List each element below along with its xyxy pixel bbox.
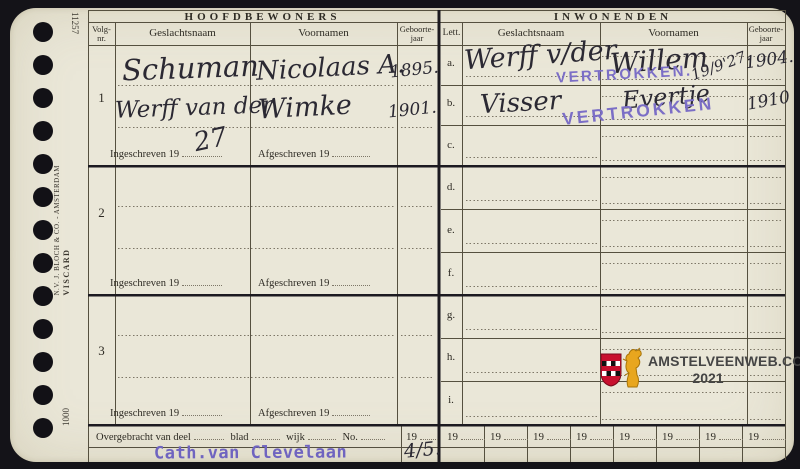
lion-icon [620,347,646,389]
year-cell: 19 [619,430,657,443]
year-cell: 19 [490,430,528,443]
dotted-blank [633,430,657,440]
year-prefix: 19 [619,431,630,443]
row-letter: f. [441,267,461,279]
dotted-blank [182,406,222,416]
row-letter: b. [441,97,461,109]
column-header-text: jaar [411,34,424,43]
dotted-blank [308,430,336,440]
label-text: wijk [286,432,305,443]
ingeschreven-label: Ingeschreven 19 [110,406,222,419]
row-letter: c. [441,139,461,151]
column-header-text: Geslachtsnaam [498,28,565,40]
column-header-geboortejaar-left: Geboorte- jaar [397,23,437,44]
afgeschreven-label: Afgeschreven 19 [258,147,370,160]
label-text: blad [230,432,248,443]
year-prefix: 19 [748,431,759,443]
handwritten-birthyear: 1901. [387,100,437,122]
row-letter: d. [441,181,461,193]
ingeschreven-label: Ingeschreven 19 [110,276,222,289]
row-number: 2 [88,205,115,221]
year-prefix: 19 [576,431,587,443]
year-prefix: 19 [662,431,673,443]
column-header-text: Lett. [443,29,461,39]
dotted-blank [361,430,385,440]
ingeschreven-label: Ingeschreven 19 [110,147,222,160]
street-name-stamp: Cath.van Clevelaan [154,444,347,462]
dotted-blank [182,147,222,157]
year-cell: 19 [447,430,485,443]
column-header-text: Voornamen [648,28,699,40]
dotted-blank [676,430,700,440]
year-cell: 19 [533,430,571,443]
row-letter: a. [441,57,461,69]
column-header-geslachtsnaam-left: Geslachtsnaam [115,23,250,44]
row-letter: h. [441,351,461,363]
overgebracht-line: Overgebracht van deel blad wijk No. [96,430,385,443]
watermark: AMSTELVEENWEB.COM 2021 [598,349,788,393]
dotted-blank [252,430,280,440]
row-letter: i. [441,394,461,406]
label-text: Ingeschreven 19 [110,278,179,289]
row-number: 3 [88,343,115,359]
column-header-text: Geslachtsnaam [149,28,216,40]
amstelveen-coat-of-arms-icon [600,353,622,387]
dotted-blank [719,430,743,440]
year-prefix: 19 [705,431,716,443]
label-text: No. [342,432,357,443]
dotted-blank [590,430,614,440]
column-header-lett: Lett. [441,23,462,44]
handwritten-firstname: Wimke [257,92,352,124]
column-header-volgnr: Volg- nr. [88,23,115,44]
label-text: Afgeschreven 19 [258,408,329,419]
column-header-voornamen-right: Voornamen [600,23,747,44]
scanned-register-card-page: 11257 N.V. J. BLOCH & CO. - AMSTERDAM VI… [0,0,800,469]
year-cell: 19 [748,430,786,443]
dotted-blank [182,276,222,286]
dotted-blank [547,430,571,440]
afgeschreven-label: Afgeschreven 19 [258,406,370,419]
year-prefix: 19 [447,431,458,443]
column-header-text: Voornamen [298,28,349,40]
label-text: Afgeschreven 19 [258,278,329,289]
row-letter: g. [441,309,461,321]
handwritten-page-note: 4/5. [403,439,441,462]
year-prefix: 19 [490,431,501,443]
dotted-blank [332,406,370,416]
label-text: Ingeschreven 19 [110,149,179,160]
dotted-blank [332,147,370,157]
year-prefix: 19 [533,431,544,443]
row-number: 1 [88,90,115,106]
year-cell: 19 [705,430,743,443]
handwritten-birthyear: 1895. [389,60,439,82]
row-letter: e. [441,224,461,236]
watermark-year: 2021 [648,370,768,386]
year-cell: 19 [662,430,700,443]
label-text: Overgebracht van deel [96,432,191,443]
afgeschreven-label: Afgeschreven 19 [258,276,370,289]
column-header-geboortejaar-right: Geboorte- jaar [747,23,785,44]
dotted-blank [504,430,528,440]
dotted-blank [194,430,224,440]
handwritten-surname: Visser [479,88,561,118]
year-cell: 19 [576,430,614,443]
dotted-blank [332,276,370,286]
section-title-hoofdbewoners: HOOFDBEWONERS [88,11,437,23]
dotted-blank [762,430,786,440]
watermark-site: AMSTELVEENWEB.COM [648,353,800,369]
column-header-voornamen-left: Voornamen [250,23,397,44]
section-title-inwonenden: INWONENDEN [441,11,785,23]
label-text: Afgeschreven 19 [258,149,329,160]
dotted-blank [461,430,485,440]
handwritten-firstname: Nicolaas A. [255,51,405,85]
column-header-text: nr. [97,34,106,43]
handwritten-surname: Werff van der [115,94,274,123]
handwritten-surname: Schuman [122,52,260,86]
column-header-text: jaar [760,34,773,43]
label-text: Ingeschreven 19 [110,408,179,419]
